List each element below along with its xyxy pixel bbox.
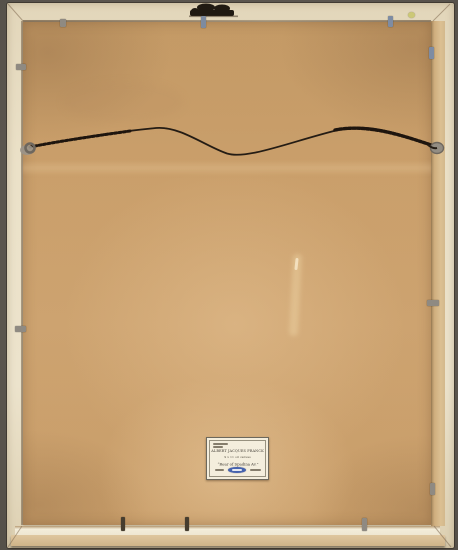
paint-dab [408,12,415,18]
frame-point-right-mid [427,300,439,306]
scratch-streak [289,254,302,336]
frame-point-bottom-right [362,518,367,531]
frame-point-right-lower [430,483,435,495]
gallery-label-border: ALBERT JACQUES FRANCK 9 x 11 oil canvas … [209,440,266,477]
hanger-nail [201,16,206,28]
frame-point-top-left [60,19,66,27]
label-footer [210,467,265,473]
frame-point-right-upper [429,47,434,59]
bottom-nail-left [121,517,125,531]
oval-logo [228,467,246,473]
gallery-label: ALBERT JACQUES FRANCK 9 x 11 oil canvas … [206,437,269,480]
frame-point-left-lower [15,326,26,332]
kraft-backing-board: ALBERT JACQUES FRANCK 9 x 11 oil canvas … [23,22,431,525]
frame-inner-lip-right [431,21,445,526]
frame-inner-lip-bottom [15,526,440,535]
label-artwork-title: “Rear of Spadina Av.” [217,462,258,465]
bottom-nail-mid [185,517,189,531]
label-artist-name: ALBERT JACQUES FRANCK [211,449,264,452]
paper-nick [294,258,298,270]
scuff-band [23,160,431,176]
frame-point-top-right [388,16,393,27]
corner-scuff [63,82,183,122]
label-artwork-details: 9 x 11 oil canvas [224,455,250,457]
frame-point-left-upper [16,64,26,70]
frame-bottom-bevel [11,535,445,546]
photo-frame-back: ALBERT JACQUES FRANCK 9 x 11 oil canvas … [0,0,458,550]
